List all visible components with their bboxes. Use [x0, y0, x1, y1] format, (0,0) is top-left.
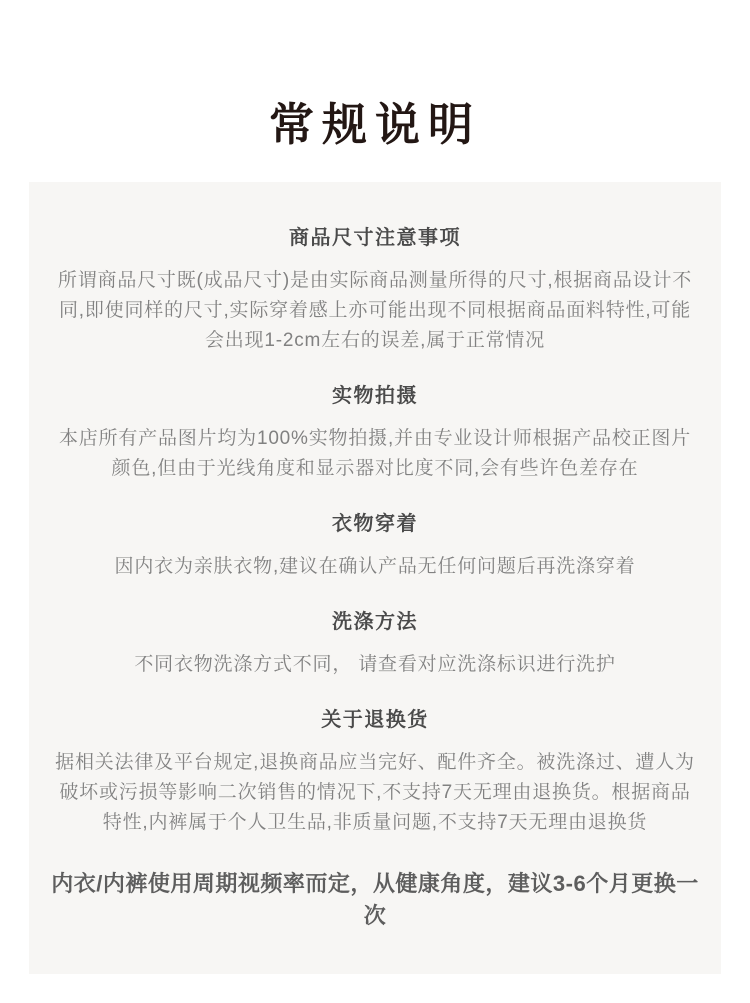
section-heading: 商品尺寸注意事项	[51, 224, 699, 252]
section-heading: 洗涤方法	[51, 608, 699, 636]
section-size-notice: 商品尺寸注意事项 所谓商品尺寸既(成品尺寸)是由实际商品测量所得的尺寸,根据商品…	[51, 224, 699, 356]
section-body: 据相关法律及平台规定,退换商品应当完好、配件齐全。被洗涤过、遭人为破坏或污损等影…	[55, 748, 695, 838]
section-heading: 关于退换货	[51, 706, 699, 734]
notes-panel: 商品尺寸注意事项 所谓商品尺寸既(成品尺寸)是由实际商品测量所得的尺寸,根据商品…	[29, 182, 721, 974]
section-body: 本店所有产品图片均为100%实物拍摄,并由专业设计师根据产品校正图片颜色,但由于…	[55, 424, 695, 484]
section-returns: 关于退换货 据相关法律及平台规定,退换商品应当完好、配件齐全。被洗涤过、遭人为破…	[51, 706, 699, 838]
section-body: 因内衣为亲肤衣物,建议在确认产品无任何问题后再洗涤穿着	[55, 552, 695, 582]
section-wearing: 衣物穿着 因内衣为亲肤衣物,建议在确认产品无任何问题后再洗涤穿着	[51, 510, 699, 582]
page-title: 常规说明	[0, 0, 750, 152]
section-body: 不同衣物洗涤方式不同， 请查看对应洗涤标识进行洗护	[55, 650, 695, 680]
section-heading: 实物拍摄	[51, 382, 699, 410]
section-real-photo: 实物拍摄 本店所有产品图片均为100%实物拍摄,并由专业设计师根据产品校正图片颜…	[51, 382, 699, 484]
section-body: 所谓商品尺寸既(成品尺寸)是由实际商品测量所得的尺寸,根据商品设计不同,即使同样…	[55, 266, 695, 356]
section-heading: 衣物穿着	[51, 510, 699, 538]
product-notes-page: 常规说明 商品尺寸注意事项 所谓商品尺寸既(成品尺寸)是由实际商品测量所得的尺寸…	[0, 0, 750, 1003]
replacement-advice-footnote: 内衣/内裤使用周期视频率而定，从健康角度，建议3-6个月更换一次	[51, 868, 699, 932]
section-washing: 洗涤方法 不同衣物洗涤方式不同， 请查看对应洗涤标识进行洗护	[51, 608, 699, 680]
